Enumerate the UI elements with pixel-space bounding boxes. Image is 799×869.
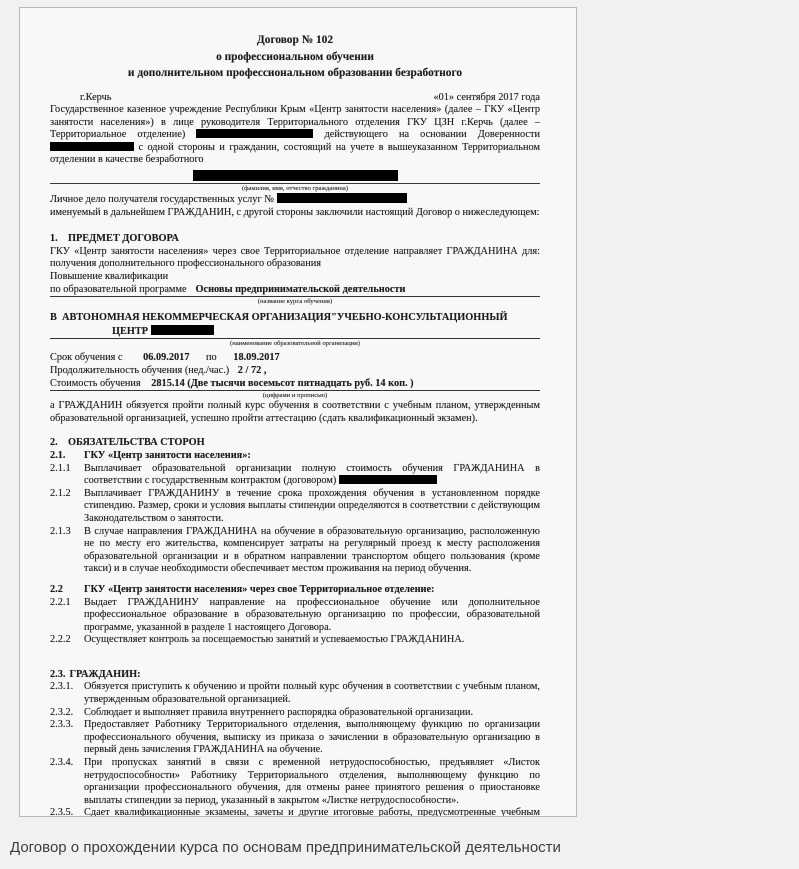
- duration-row: Продолжительность обучения (нед./час.) 2…: [50, 365, 540, 378]
- redaction-bar: [196, 129, 313, 138]
- clause-number: 2.3.1.: [50, 681, 84, 706]
- clause-2-3-5: 2.3.5. Сдает квалификационные экзамены, …: [50, 807, 540, 817]
- clause-text: Выплачивает образовательной организации …: [84, 463, 540, 488]
- redaction-bar: [50, 142, 134, 151]
- case-suffix: именуемый в дальнейшем ГРАЖДАНИН, с друг…: [50, 207, 539, 218]
- duration-label: Продолжительность обучения (нед./час.): [50, 365, 229, 376]
- doc-title-line2: о профессиональном обучении: [50, 49, 540, 66]
- clause-number: 2.2.1: [50, 597, 84, 635]
- doc-place: г.Керчь: [80, 92, 111, 105]
- image-caption: Договор о прохождении курса по основам п…: [10, 839, 561, 856]
- cost-caption: (цифрами и прописью): [50, 392, 540, 400]
- cost-row: Стоимость обучения 2815.14 (Две тысячи в…: [50, 378, 540, 392]
- organization-caption: (наименование образовательной организаци…: [50, 340, 540, 348]
- clause-2-3-1: 2.3.1. Обязуется приступить к обучению и…: [50, 681, 540, 706]
- clause-text: Выдает ГРАЖДАНИНУ направление на професс…: [84, 597, 540, 635]
- doc-title-line3: и дополнительном профессиональном образо…: [50, 65, 540, 82]
- organization-block: В АВТОНОМНАЯ НЕКОММЕРЧЕСКАЯ ОРГАНИЗАЦИЯ"…: [50, 312, 540, 339]
- program-caption: (название курса обучения): [50, 298, 540, 306]
- clause-number: 2.1.1: [50, 463, 84, 488]
- redaction-bar: [193, 170, 398, 181]
- intro-paragraph: Государственное казенное учреждение Респ…: [50, 104, 540, 167]
- program-name: Основы предпринимательской деятельности: [196, 284, 406, 295]
- organization-line1: В АВТОНОМНАЯ НЕКОММЕРЧЕСКАЯ ОРГАНИЗАЦИЯ"…: [50, 312, 540, 325]
- clause-text: Соблюдает и выполняет правила внутреннег…: [84, 707, 540, 720]
- intro-part2: действующего на основании Доверенности: [325, 129, 540, 140]
- doc-title-number: Договор № 102: [50, 32, 540, 49]
- sub22-heading: 2.2 ГКУ «Центр занятости населения» чере…: [50, 584, 540, 597]
- doc-title: Договор № 102 о профессиональном обучени…: [50, 32, 540, 82]
- term-label: Срок обучения с: [50, 352, 123, 363]
- redaction-bar: [151, 325, 214, 335]
- duration-value: 2 / 72 ,: [238, 365, 267, 376]
- sub21-number: 2.1.: [50, 450, 84, 463]
- screenshot-root: { "window": { "caption": "Договор о прох…: [0, 0, 799, 869]
- name-field-caption: (фамилия, имя, отчество гражданина): [50, 185, 540, 193]
- term-start-date: 06.09.2017: [143, 352, 189, 363]
- org-name-part1: АВТОНОМНАЯ НЕКОММЕРЧЕСКАЯ ОРГАНИЗАЦИЯ"УЧ…: [62, 312, 507, 323]
- citizen-obligation-paragraph: а ГРАЖДАНИН обязуется пройти полный курс…: [50, 400, 540, 425]
- organization-line2: ЦЕНТР: [50, 325, 540, 340]
- org-name-part2: ЦЕНТР: [112, 326, 148, 337]
- clause-text: Обязуется приступить к обучению и пройти…: [84, 681, 540, 706]
- section2-number: 2.: [50, 437, 68, 450]
- citizen-name-block: (фамилия, имя, отчество гражданина): [50, 170, 540, 193]
- case-paragraph: Личное дело получателя государственных у…: [50, 193, 540, 219]
- case-prefix: Личное дело получателя государственных у…: [50, 194, 274, 205]
- section1-number: 1.: [50, 233, 68, 246]
- sub21-heading: 2.1. ГКУ «Центр занятости населения»:: [50, 450, 540, 463]
- redaction-bar: [339, 475, 437, 484]
- program-label: по образовательной программе: [50, 284, 187, 295]
- clause-2-2-1: 2.2.1 Выдает ГРАЖДАНИНУ направление на п…: [50, 597, 540, 635]
- clause-2-1-1: 2.1.1 Выплачивает образовательной органи…: [50, 463, 540, 488]
- clause-number: 2.3.3.: [50, 719, 84, 757]
- document-page: Договор № 102 о профессиональном обучени…: [19, 7, 577, 817]
- cost-value: 2815.14 (Две тысячи восемьсот пятнадцать…: [151, 378, 413, 389]
- clause-2-3-3: 2.3.3. Предоставляет Работнику Территори…: [50, 719, 540, 757]
- clause-text: Предоставляет Работнику Территориального…: [84, 719, 540, 757]
- cost-label: Стоимость обучения: [50, 378, 141, 389]
- sub22-number: 2.2: [50, 584, 84, 597]
- section2-heading: 2. ОБЯЗАТЕЛЬСТВА СТОРОН: [50, 437, 540, 450]
- clause-2-3-4: 2.3.4. При пропусках занятий в связи с в…: [50, 757, 540, 807]
- clause-2-1-3: 2.1.3 В случае направления ГРАЖДАНИНА на…: [50, 526, 540, 576]
- clause-text: Осуществляет контроль за посещаемостью з…: [84, 634, 540, 647]
- section1-title: ПРЕДМЕТ ДОГОВОРА: [68, 233, 179, 246]
- sub23-number: 2.3.: [50, 669, 65, 680]
- sub21-title: ГКУ «Центр занятости населения»:: [84, 450, 251, 463]
- term-end-date: 18.09.2017: [233, 352, 279, 363]
- org-prefix: В: [50, 312, 57, 323]
- clause-2-1-2: 2.1.2 Выплачивает ГРАЖДАНИНУ в течение с…: [50, 488, 540, 526]
- term-row: Срок обучения с 06.09.2017 по 18.09.2017: [50, 352, 540, 365]
- clause-number: 2.3.4.: [50, 757, 84, 807]
- redaction-bar: [277, 193, 407, 203]
- clause-number: 2.3.5.: [50, 807, 84, 817]
- sub23-heading: 2.3.ГРАЖДАНИН:: [50, 669, 540, 682]
- sub23-title: ГРАЖДАНИН:: [69, 669, 140, 680]
- signature-line: [50, 183, 540, 184]
- clause-text: В случае направления ГРАЖДАНИНА на обуче…: [84, 526, 540, 576]
- clause-number: 2.1.3: [50, 526, 84, 576]
- clause-text: Выплачивает ГРАЖДАНИНУ в течение срока п…: [84, 488, 540, 526]
- place-date-row: г.Керчь «01» сентября 2017 года: [50, 92, 540, 105]
- section1-heading: 1. ПРЕДМЕТ ДОГОВОРА: [50, 233, 540, 246]
- clause-2-3-2: 2.3.2. Соблюдает и выполняет правила вну…: [50, 707, 540, 720]
- clause-number: 2.2.2: [50, 634, 84, 647]
- sub22-title: ГКУ «Центр занятости населения» через св…: [84, 584, 434, 597]
- clause-text: Сдает квалификационные экзамены, зачеты …: [84, 807, 540, 817]
- section2-title: ОБЯЗАТЕЛЬСТВА СТОРОН: [68, 437, 205, 450]
- qualification-line: Повышение квалификации: [50, 271, 540, 284]
- program-row: по образовательной программеОсновы предп…: [50, 284, 540, 298]
- clause-text: При пропусках занятий в связи с временно…: [84, 757, 540, 807]
- section1-paragraph: ГКУ «Центр занятости населения» через св…: [50, 246, 540, 271]
- clause-number: 2.3.2.: [50, 707, 84, 720]
- term-to-label: по: [206, 352, 217, 363]
- clause-number: 2.1.2: [50, 488, 84, 526]
- clause-2-2-2: 2.2.2 Осуществляет контроль за посещаемо…: [50, 634, 540, 647]
- doc-date: «01» сентября 2017 года: [433, 92, 540, 105]
